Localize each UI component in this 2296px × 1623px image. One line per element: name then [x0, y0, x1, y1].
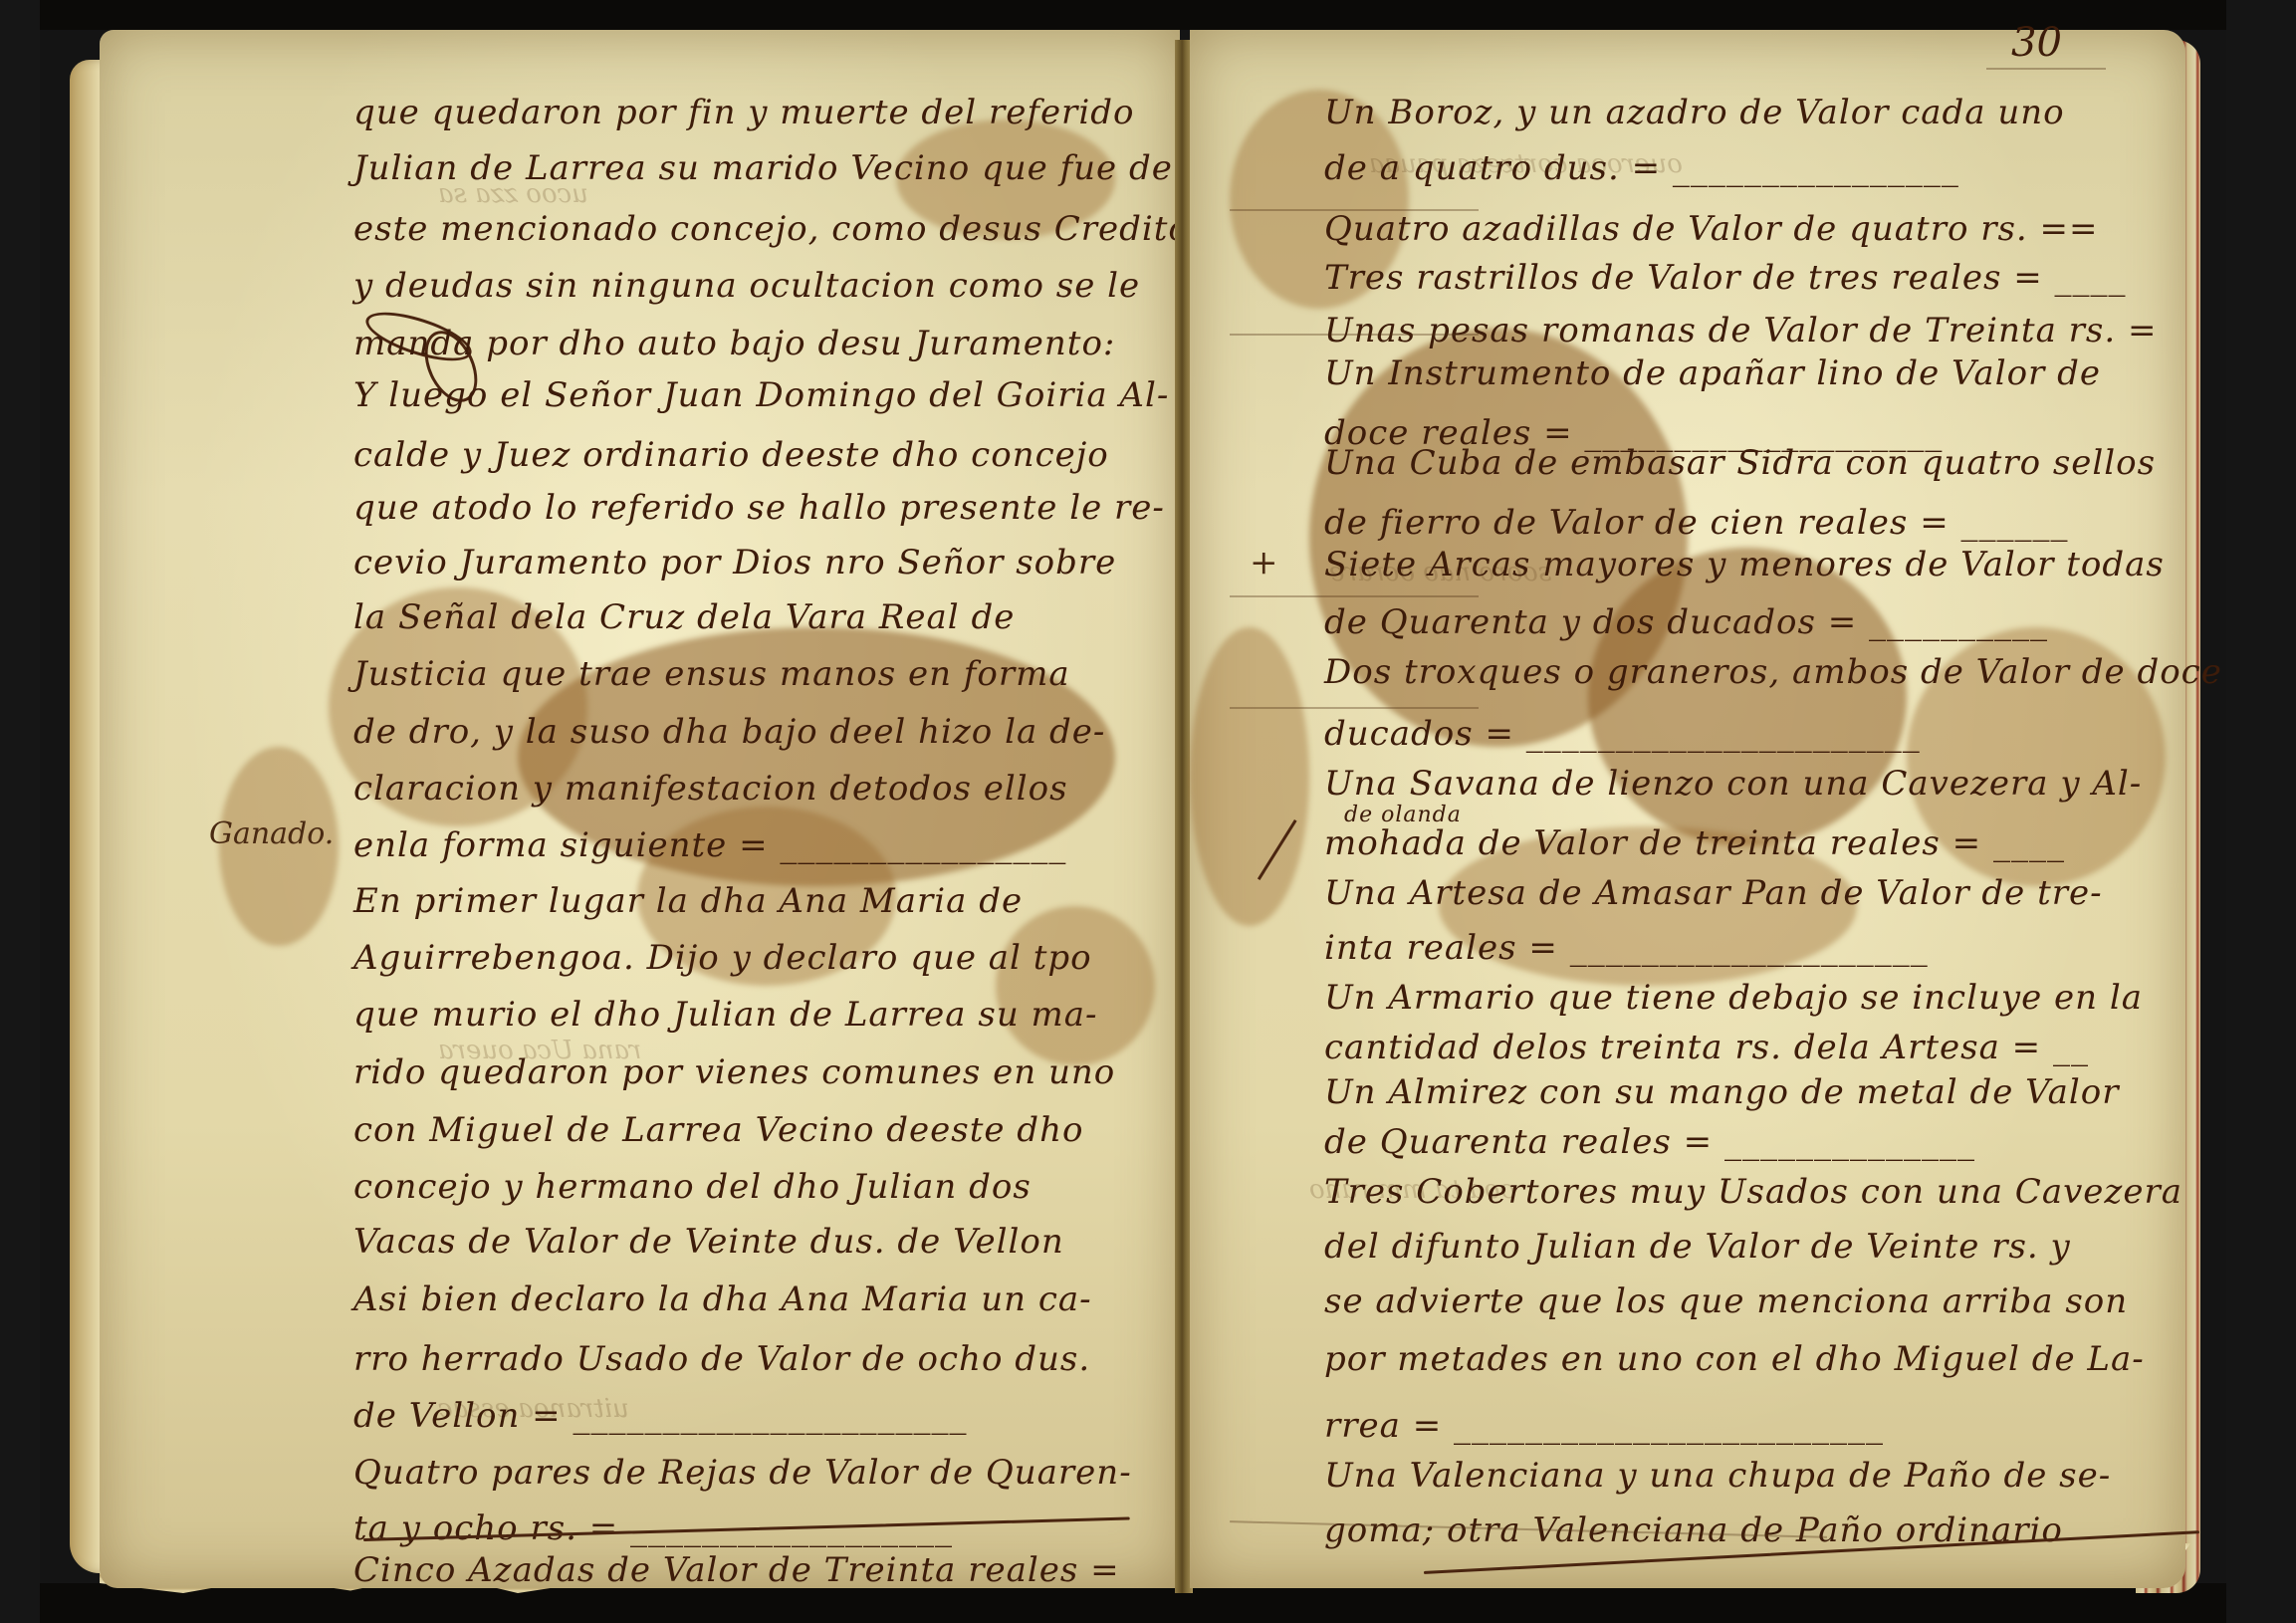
text-line: se advierte que los que menciona arriba … — [1324, 1284, 2128, 1318]
text-line: concejo y hermano del dho Julian dos — [353, 1170, 1032, 1204]
backdrop-left — [0, 0, 40, 1623]
text-line: goma; otra Valenciana de Paño ordinario — [1324, 1513, 2063, 1547]
text-line: cevio Juramento por Dios nro Señor sobre — [353, 546, 1116, 580]
ruled-guide — [1230, 595, 1479, 597]
text-line: Julian de Larrea su marido Vecino que fu… — [353, 151, 1173, 185]
text-line: claracion y manifestacion detodos ellos — [353, 772, 1068, 806]
text-line: Un Instrumento de apañar lino de Valor d… — [1324, 356, 2101, 390]
text-line: En primer lugar la dha Ana Maria de — [353, 884, 1023, 918]
text-line: manda por dho auto bajo desu Juramento: — [353, 327, 1115, 360]
text-line: Una Artesa de Amasar Pan de Valor de tre… — [1324, 876, 2103, 910]
text-line: con Miguel de Larrea Vecino deeste dho — [353, 1113, 1083, 1147]
text-line: que murio el dho Julian de Larrea su ma- — [353, 998, 1098, 1032]
right-page: ouerooa cortzeza pauaa sooro nao ocrare … — [1190, 30, 2185, 1588]
ruled-guide — [1230, 209, 1479, 211]
water-stain — [996, 906, 1155, 1065]
text-line: Una Valenciana y una chupa de Paño de se… — [1324, 1459, 2111, 1493]
text-line: Una Cuba de embasar Sidra con quatro sel… — [1324, 446, 2156, 480]
text-line: Asi bien declaro la dha Ana Maria un ca- — [353, 1282, 1092, 1316]
ruled-guide — [1230, 334, 1479, 336]
text-line: que atodo lo referido se hallo presente … — [353, 491, 1165, 525]
text-line: inta reales = ____________________ — [1324, 931, 1929, 965]
text-line: calde y Juez ordinario deeste dho concej… — [353, 438, 1109, 472]
text-line: Cinco Azadas de Valor de Treinta reales … — [353, 1553, 1120, 1587]
text-line: Aguirrebengoa. Dijo y declaro que al tpo — [353, 941, 1092, 975]
text-line: Tres Cobertores muy Usados con una Cavez… — [1324, 1175, 2182, 1209]
backdrop-right — [2226, 0, 2296, 1623]
text-line: Tres rastrillos de Valor de tres reales … — [1324, 261, 2127, 295]
text-line: Quatro azadillas de Valor de quatro rs. … — [1324, 212, 2099, 246]
folio-underline — [1986, 68, 2106, 70]
margin-cross-mark: + — [1250, 543, 1278, 582]
text-line: por metades en uno con el dho Miguel de … — [1324, 1342, 2145, 1376]
text-line: Un Boroz, y un azadro de Valor cada uno — [1324, 96, 2065, 129]
text-line: cantidad delos treinta rs. dela Artesa =… — [1324, 1031, 2089, 1064]
text-line: ta y ocho rs. = __________________ — [353, 1511, 953, 1545]
text-line: de Vellon = ______________________ — [353, 1399, 967, 1433]
text-line: la Señal dela Cruz dela Vara Real de — [353, 600, 1015, 634]
text-line: Una Savana de lienzo con una Cavezera y … — [1324, 767, 2142, 801]
text-line: Un Almirez con su mango de metal de Valo… — [1324, 1075, 2119, 1109]
text-line: Vacas de Valor de Veinte dus. de Vellon — [353, 1225, 1064, 1259]
text-line: mohada de Valor de treinta reales = ____ — [1324, 826, 2065, 860]
text-line: de a quatro dus. = ________________ — [1324, 151, 1959, 185]
open-manuscript-book: ucoo zza sa rana Uca ouera uitranoa essa… — [40, 10, 2230, 1613]
folio-number: 30 — [2011, 20, 2062, 66]
text-line: de fierro de Valor de cien reales = ____… — [1324, 506, 2068, 540]
text-line: Un Armario que tiene debajo se incluye e… — [1324, 981, 2143, 1015]
text-line: y deudas sin ninguna ocultacion como se … — [353, 269, 1140, 303]
text-line: Justicia que trae ensus manos en forma — [353, 657, 1070, 691]
text-line: Y luego el Señor Juan Domingo del Goiria… — [353, 378, 1169, 412]
text-line: que quedaron por fin y muerte del referi… — [353, 96, 1134, 129]
text-line: rrea = ________________________ — [1324, 1409, 1884, 1443]
text-line: de dro, y la suso dha bajo deel hizo la … — [353, 715, 1105, 749]
margin-note-ganado: Ganado. — [209, 816, 334, 851]
text-line: rro herrado Usado de Valor de ocho dus. — [353, 1342, 1090, 1376]
left-page: ucoo zza sa rana Uca ouera uitranoa essa… — [100, 30, 1180, 1588]
text-line: Dos troxques o graneros, ambos de Valor … — [1324, 655, 2222, 689]
text-line: Quatro pares de Rejas de Valor de Quaren… — [353, 1456, 1132, 1490]
water-stain — [1190, 627, 1309, 926]
text-line: de Quarenta y dos ducados = __________ — [1324, 605, 2048, 639]
text-line: del difunto Julian de Valor de Veinte rs… — [1324, 1230, 2071, 1264]
text-line: ducados = ______________________ — [1324, 717, 1921, 751]
text-line: Unas pesas romanas de Valor de Treinta r… — [1324, 314, 2157, 348]
text-line: rido quedaron por vienes comunes en uno — [353, 1055, 1115, 1089]
text-line: enla forma siguiente = ________________ — [353, 828, 1066, 862]
text-line: Siete Arcas mayores y menores de Valor t… — [1324, 548, 2165, 581]
ruled-guide — [1230, 707, 1479, 709]
text-line: este mencionado concejo, como desus Cred… — [353, 212, 1208, 246]
text-line: de Quarenta reales = ______________ — [1324, 1125, 1975, 1159]
